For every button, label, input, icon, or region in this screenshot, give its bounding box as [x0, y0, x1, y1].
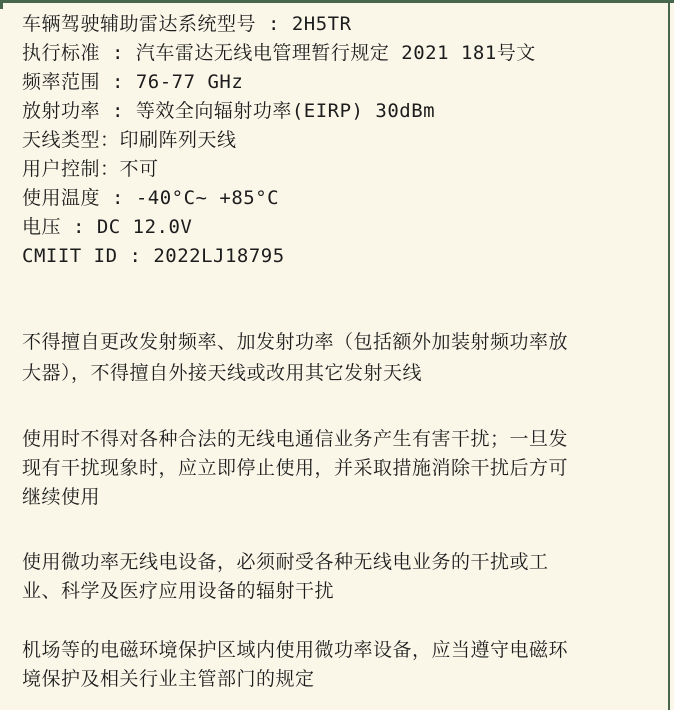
spec-line-cmiit-id: CMIIT ID : 2022LJ18795	[22, 242, 634, 271]
spec-line-user-control: 用户控制：不可	[22, 155, 634, 184]
spec-block: 车辆驾驶辅助雷达系统型号 : 2H5TR 执行标准 : 汽车雷达无线电管理暂行规…	[22, 10, 634, 271]
spec-line-antenna-type: 天线类型：印刷阵列天线	[22, 126, 634, 155]
spec-line-frequency: 频率范围 : 76-77 GHz	[22, 68, 634, 97]
notice-paragraph-interference: 使用时不得对各种合法的无线电通信业务产生有害干扰；一旦发 现有干扰现象时，应立即…	[22, 425, 634, 512]
paragraph-line: 使用时不得对各种合法的无线电通信业务产生有害干扰；一旦发	[22, 425, 634, 454]
paragraph-line: 大器），不得擅自外接天线或改用其它发射天线	[22, 358, 634, 389]
right-border-line	[668, 0, 670, 710]
paragraph-line: 机场等的电磁环境保护区域内使用微功率设备，应当遵守电磁环	[22, 636, 634, 665]
label-content: 车辆驾驶辅助雷达系统型号 : 2H5TR 执行标准 : 汽车雷达无线电管理暂行规…	[22, 3, 634, 694]
notice-paragraph-tolerance: 使用微功率无线电设备，必须耐受各种无线电业务的干扰或工 业、科学及医疗应用设备的…	[22, 548, 634, 606]
notice-paragraph-airport: 机场等的电磁环境保护区域内使用微功率设备，应当遵守电磁环 境保护及相关行业主管部…	[22, 636, 634, 694]
paragraph-line: 使用微功率无线电设备，必须耐受各种无线电业务的干扰或工	[22, 548, 634, 577]
top-left-corner-mark	[0, 0, 3, 9]
paragraph-line: 业、科学及医疗应用设备的辐射干扰	[22, 577, 634, 606]
spec-line-model: 车辆驾驶辅助雷达系统型号 : 2H5TR	[22, 10, 634, 39]
label-page: 车辆驾驶辅助雷达系统型号 : 2H5TR 执行标准 : 汽车雷达无线电管理暂行规…	[0, 0, 674, 710]
notice-paragraph-modification: 不得擅自更改发射频率、加发射功率（包括额外加装射频功率放 大器），不得擅自外接天…	[22, 327, 634, 389]
spec-line-standard: 执行标准 : 汽车雷达无线电管理暂行规定 2021 181号文	[22, 39, 634, 68]
spec-line-voltage: 电压 : DC 12.0V	[22, 213, 634, 242]
paragraph-line: 不得擅自更改发射频率、加发射功率（包括额外加装射频功率放	[22, 327, 634, 358]
spec-line-temperature: 使用温度 : -40°C~ +85°C	[22, 184, 634, 213]
spec-line-power: 放射功率 : 等效全向辐射功率(EIRP) 30dBm	[22, 97, 634, 126]
paragraph-line: 现有干扰现象时，应立即停止使用，并采取措施消除干扰后方可	[22, 454, 634, 483]
paragraph-line: 继续使用	[22, 483, 634, 512]
paragraph-line: 境保护及相关行业主管部门的规定	[22, 665, 634, 694]
